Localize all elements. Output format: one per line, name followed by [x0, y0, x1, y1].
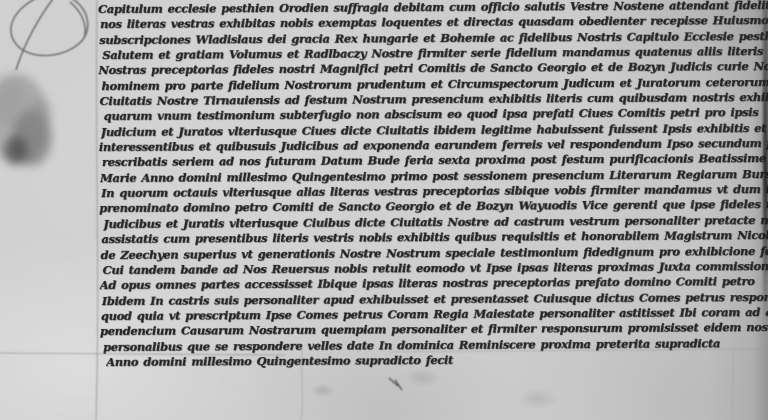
ink-stain-blot-icon: [0, 74, 52, 166]
manuscript-line-24: Anno domini millesimo Quingentesimo supr…: [106, 351, 768, 370]
manuscript-text-block: Capitulum ecclesie pesthien Orodien suff…: [98, 0, 768, 382]
pen-circle-doodle-icon: [11, 0, 88, 70]
dark-page-edge-right: [763, 0, 768, 330]
vertical-fold-left-icon: [96, 0, 98, 420]
manuscript-photo: Capitulum ecclesie pesthien Orodien suff…: [0, 0, 768, 420]
